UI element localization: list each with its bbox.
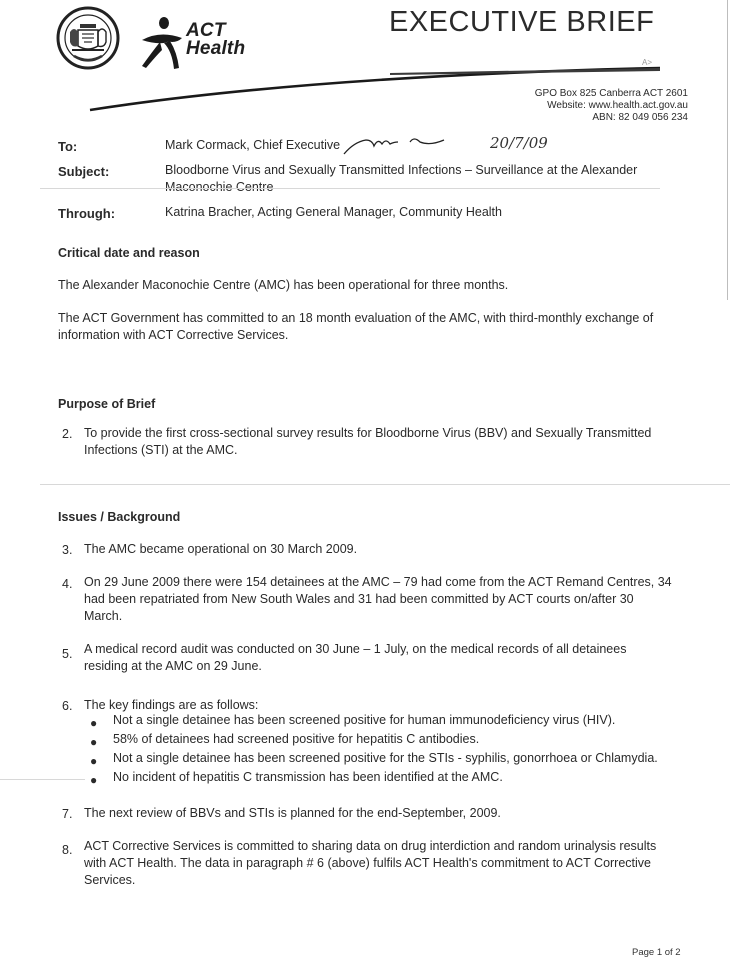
- item-number: 3.: [62, 543, 72, 557]
- issues-item-4: On 29 June 2009 there were 154 detainees…: [84, 574, 704, 625]
- finding-bullet: No incident of hepatitis C transmission …: [113, 770, 503, 784]
- bullet-icon: ●: [90, 716, 97, 730]
- section-heading-critical: Critical date and reason: [58, 246, 200, 260]
- to-label: To:: [58, 139, 77, 154]
- issues-item-8: ACT Corrective Services is committed to …: [84, 838, 704, 889]
- through-value: Katrina Bracher, Acting General Manager,…: [165, 204, 502, 221]
- item-number: 4.: [62, 577, 72, 591]
- through-label: Through:: [58, 206, 115, 221]
- item-number: 5.: [62, 647, 72, 661]
- item-number: 6.: [62, 699, 72, 713]
- page-number: Page 1 of 2: [632, 947, 681, 958]
- section-heading-issues: Issues / Background: [58, 510, 180, 524]
- bullet-icon: ●: [90, 735, 97, 749]
- item-number: 2.: [62, 427, 72, 441]
- issues-item-6: The key findings are as follows:: [84, 697, 704, 714]
- to-value: Mark Cormack, Chief Executive: [165, 137, 340, 154]
- item-number: 7.: [62, 807, 72, 821]
- abn: ABN: 82 049 056 234: [535, 112, 688, 124]
- scan-edge-line: [727, 0, 728, 300]
- corner-mark: A>: [642, 58, 652, 67]
- postal-address: GPO Box 825 Canberra ACT 2601: [535, 88, 688, 100]
- scan-artifact: [0, 779, 85, 780]
- act-health-wordmark: ACT Health: [186, 22, 245, 58]
- finding-bullet: 58% of detainees had screened positive f…: [113, 732, 479, 746]
- issues-item-5: A medical record audit was conducted on …: [84, 641, 704, 675]
- scan-artifact: [40, 484, 730, 485]
- scan-artifact: [40, 188, 660, 189]
- svg-text:20/7/09: 20/7/09: [489, 134, 548, 152]
- address-block: GPO Box 825 Canberra ACT 2601 Website: w…: [535, 88, 688, 124]
- finding-bullet: Not a single detainee has been screened …: [113, 713, 615, 727]
- section-heading-purpose: Purpose of Brief: [58, 397, 155, 411]
- critical-para-2: The ACT Government has committed to an 1…: [58, 310, 698, 344]
- handwritten-signature: 20/7/09: [340, 128, 600, 162]
- website: Website: www.health.act.gov.au: [535, 100, 688, 112]
- bullet-icon: ●: [90, 754, 97, 768]
- purpose-item-2: To provide the first cross-sectional sur…: [84, 425, 704, 459]
- item-number: 8.: [62, 843, 72, 857]
- subject-value: Bloodborne Virus and Sexually Transmitte…: [165, 162, 637, 196]
- critical-para-1: The Alexander Maconochie Centre (AMC) ha…: [58, 277, 698, 294]
- issues-item-3: The AMC became operational on 30 March 2…: [84, 541, 704, 558]
- bullet-icon: ●: [90, 773, 97, 787]
- document-title: EXECUTIVE BRIEF: [389, 6, 654, 39]
- issues-item-7: The next review of BBVs and STIs is plan…: [84, 805, 704, 822]
- subject-label: Subject:: [58, 164, 109, 179]
- finding-bullet: Not a single detainee has been screened …: [113, 751, 658, 765]
